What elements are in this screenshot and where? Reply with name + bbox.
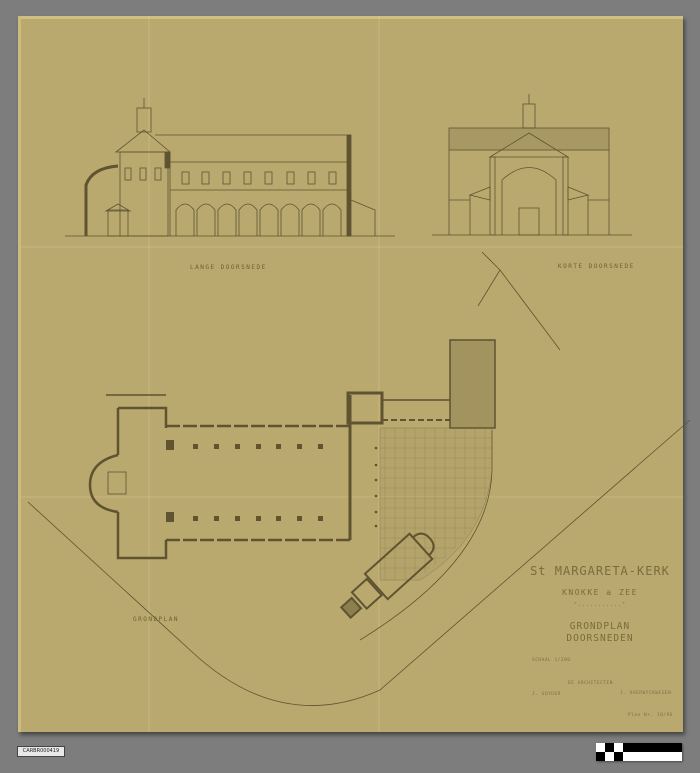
architectural-drawing [0, 0, 700, 773]
drawing-title: St MARGARETA-KERK [530, 564, 670, 578]
scale-note: SCHAAL 1/200 [532, 658, 571, 663]
drawing-location: KNOKKE a ZEE [530, 588, 670, 597]
architects-heading: DE ARCHITECTEN [568, 681, 613, 686]
short-section-label: KORTE DOORSNEDE [558, 263, 635, 270]
drawing-sublocation: "..........." [530, 602, 670, 608]
subtitle-line-1: GRONDPLAN [530, 621, 670, 633]
plan-number: Plan Nr. 18/96 [628, 713, 673, 718]
color-scale-bar [596, 743, 682, 761]
short-section-elevation [432, 94, 632, 235]
architect-left: J. SUYDER [532, 692, 561, 697]
architect-right: J. VAERWYCKWEGEN [620, 691, 671, 696]
subtitle-line-2: DOORSNEDEN [530, 633, 670, 645]
checker-pattern [596, 743, 632, 761]
black-white-bar [632, 743, 682, 761]
catalog-id-label: CARBR000419 [17, 746, 65, 757]
long-section-label: LANGE DOORSNEDE [190, 264, 267, 271]
floor-plan-label: GRONDPLAN [133, 616, 179, 623]
long-section-elevation [65, 98, 395, 236]
drawing-subtitle: GRONDPLAN DOORSNEDEN [530, 621, 670, 645]
